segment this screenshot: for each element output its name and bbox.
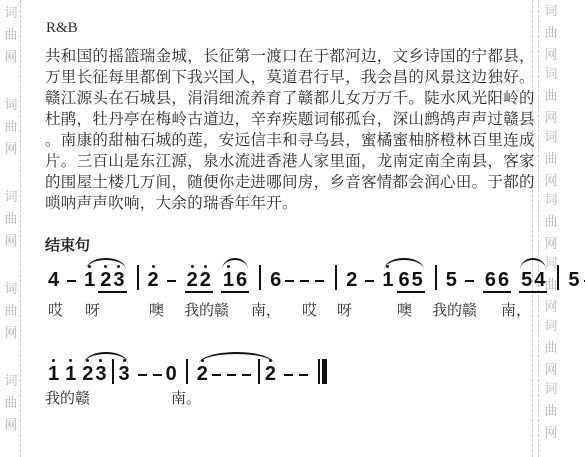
octave-dot: [104, 265, 107, 268]
note-group: [182, 359, 192, 384]
lyric-segment: 哎: [48, 299, 63, 320]
lyric-segment: 南。: [171, 387, 201, 408]
watermark-text: 词曲网: [3, 190, 19, 256]
duration-dash: [365, 280, 374, 282]
watermark-char: 词: [543, 193, 559, 206]
note: 2: [199, 262, 212, 290]
watermark-char: 曲: [543, 26, 559, 39]
lyric-segment: 哎: [302, 299, 317, 320]
note: 6: [269, 262, 282, 290]
note: 2: [196, 356, 209, 384]
watermark-char: 网: [543, 426, 559, 439]
note-group: 5: [567, 262, 585, 290]
lyric-segment: 呀: [85, 299, 100, 320]
watermark-char: 词: [543, 67, 559, 80]
octave-dot: [117, 265, 120, 268]
watermark-char: 词: [3, 98, 19, 111]
watermark-char: 曲: [3, 28, 19, 41]
note-group: 66: [481, 262, 513, 290]
note: 6: [398, 262, 411, 290]
bar-line: [335, 265, 337, 290]
watermark-text: 词曲网: [543, 130, 559, 196]
duration-dash: [465, 280, 474, 282]
note-group: 54: [517, 262, 549, 290]
note-group: [462, 280, 477, 290]
bar-line: [186, 359, 188, 384]
watermark-char: 词: [3, 282, 19, 295]
note-group: [133, 265, 143, 290]
octave-dot: [52, 359, 55, 362]
paragraph-line: 片。三百山是东江源，泉水流进香港人家里面，龙南定南全南县，客家: [45, 151, 532, 172]
duration-dash: [242, 374, 251, 376]
watermark-char: 网: [543, 363, 559, 376]
octave-dot: [386, 265, 389, 268]
watermark-char: 词: [543, 382, 559, 395]
note: 1: [83, 262, 96, 290]
watermark-char: 网: [3, 142, 19, 155]
note: 5: [411, 262, 424, 290]
octave-dot: [99, 359, 102, 362]
lyric-segment: 呀: [337, 299, 352, 320]
note: 1: [64, 356, 77, 384]
rest-note: 0: [165, 356, 178, 384]
watermark-text: 词曲网: [3, 282, 19, 348]
notation-line-1: 41232221662165566545: [45, 254, 585, 290]
duration-dash: [315, 280, 324, 282]
watermark-char: 曲: [543, 215, 559, 228]
note: 3: [118, 356, 131, 384]
lyric-segment: 我的赣: [432, 299, 477, 320]
duration-dash: [138, 374, 147, 376]
note-group: 2: [345, 262, 358, 290]
note-group: [64, 280, 79, 290]
octave-dot: [152, 265, 155, 268]
note: 2: [147, 262, 160, 290]
watermark-char: 词: [543, 130, 559, 143]
octave-dot: [201, 359, 204, 362]
note-group: 123: [83, 262, 128, 290]
note-group: 1: [64, 356, 77, 384]
notation-lyrics-2: 我的赣 南。: [45, 387, 545, 407]
note: 2: [99, 262, 112, 290]
octave-dot: [191, 265, 194, 268]
note: 3: [94, 356, 107, 384]
octave-dot: [204, 265, 207, 268]
duration-dash: [212, 374, 221, 376]
watermark-char: 曲: [3, 120, 19, 133]
duration-dash: [300, 280, 309, 282]
watermark-text: 词曲网: [3, 6, 19, 72]
watermark-char: 网: [543, 48, 559, 61]
note-group: 5: [445, 262, 458, 290]
note-group: 165: [381, 262, 426, 290]
octave-dot: [269, 359, 272, 362]
beam-group: 16: [221, 262, 249, 293]
note-group: [255, 265, 265, 290]
lyric-segment: 我的赣: [45, 387, 90, 408]
watermark-char: 网: [3, 418, 19, 431]
note-group: 0: [135, 356, 178, 384]
watermark-char: 网: [3, 234, 19, 247]
beam-group: 66: [483, 262, 511, 293]
duration-dash: [167, 280, 176, 282]
lyric-segment: 噢: [149, 299, 164, 320]
paragraph-line: 唢呐声声吹响，大余的瑞香年年开。: [45, 193, 532, 214]
lyrics-paragraph: 共和国的摇篮瑞金城，长征第一渡口在于都河边，文乡诗国的宁都县， 万里长征每里都倒…: [45, 46, 532, 214]
note-group: 233: [81, 356, 130, 384]
note: 6: [235, 262, 248, 290]
note-group: 1: [47, 356, 60, 384]
note: 2: [345, 262, 358, 290]
watermark-char: 曲: [3, 396, 19, 409]
octave-dot: [88, 265, 91, 268]
final-bar-line: [318, 359, 327, 384]
watermark-char: 网: [3, 50, 19, 63]
beam-group: 22: [185, 262, 213, 293]
note-group: 22: [196, 356, 277, 384]
note: 6: [497, 262, 510, 290]
style-label: R&B: [46, 20, 78, 37]
note: 4: [533, 262, 546, 290]
octave-dot: [123, 359, 126, 362]
duration-dash: [153, 374, 162, 376]
watermark-char: 曲: [3, 304, 19, 317]
paragraph-line: 赣江源头在石城县，涓涓细流养育了赣都儿女万万千。陡水风光阳岭的: [45, 88, 532, 109]
watermark-char: 曲: [543, 152, 559, 165]
note-group: 16: [219, 262, 251, 290]
duration-dash: [67, 280, 76, 282]
watermark-char: 曲: [543, 341, 559, 354]
watermark-char: 曲: [3, 212, 19, 225]
bar-line: [557, 265, 559, 290]
paragraph-line: 万里长征每里都倒下我兴国人，莫道君行早，我会昌的风景这边独好。: [45, 67, 532, 88]
watermark-char: 曲: [543, 404, 559, 417]
bar-line: [259, 265, 261, 290]
paragraph-line: 。南康的甜柚石城的莲，安远信丰和寻乌县，蜜橘蜜柚脐橙林百里连成: [45, 130, 532, 151]
paragraph-line: 共和国的摇篮瑞金城，长征第一渡口在于都河边，文乡诗国的宁都县，: [45, 46, 532, 67]
bar-line: [435, 265, 437, 290]
octave-dot: [69, 359, 72, 362]
paragraph-line: 的围屋土楼几万间，随便你走进哪间房，乡音客情都会润心田。于都的: [45, 172, 532, 193]
lyric-segment: 我的赣: [184, 299, 229, 320]
note-group: [362, 280, 377, 290]
watermark-char: 网: [3, 326, 19, 339]
watermark-char: 词: [543, 319, 559, 332]
note: 1: [222, 262, 235, 290]
beam-group: 23: [98, 262, 126, 293]
note: 1: [381, 262, 394, 290]
watermark-text: 词曲网: [543, 193, 559, 259]
note: 6: [484, 262, 497, 290]
note: 2: [81, 356, 94, 384]
watermark-text: 词曲网: [543, 382, 559, 448]
notation-lyrics-1: 哎 呀 噢 我的赣 南， 哎 呀 噢 我的赣 南，: [45, 299, 545, 319]
note-group: 6: [269, 262, 327, 290]
bar-line: [137, 265, 139, 290]
watermark-char: 词: [543, 4, 559, 17]
octave-dot: [86, 359, 89, 362]
watermark-char: 词: [3, 374, 19, 387]
note: 5: [520, 262, 533, 290]
lyric-segment: 南，: [501, 299, 531, 320]
note-group: [331, 265, 341, 290]
watermark-text: 词曲网: [543, 67, 559, 133]
watermark-char: 词: [3, 190, 19, 203]
ending-section-label: 结束句: [45, 234, 90, 255]
duration-dash: [285, 280, 294, 282]
watermark-text: 词曲网: [3, 374, 19, 440]
paragraph-line: 杜鹃，牡丹亭在梅岭古道边，辛弃疾题词郁孤台，深山鹧鸪声声过赣县: [45, 109, 532, 130]
beam-group: 65: [397, 262, 425, 293]
watermark-text: 词曲网: [3, 98, 19, 164]
slur-arc: [199, 352, 274, 364]
lyric-segment: 南，: [251, 299, 281, 320]
note-group: 4: [47, 262, 60, 290]
watermark-char: 网: [543, 237, 559, 250]
note: 1: [47, 356, 60, 384]
note: 5: [567, 262, 580, 290]
watermark-char: 词: [3, 6, 19, 19]
note: 2: [186, 262, 199, 290]
lyric-segment: 噢: [397, 299, 412, 320]
watermark-text: 词曲网: [543, 319, 559, 385]
notation-line-2: 11233022: [45, 348, 332, 384]
duration-dash: [299, 374, 308, 376]
duration-dash: [284, 374, 293, 376]
note-group: [315, 359, 330, 384]
note-group: 2: [147, 262, 160, 290]
octave-dot: [227, 265, 230, 268]
note-group: [281, 374, 311, 384]
duration-dash: [227, 374, 236, 376]
watermark-char: 曲: [543, 89, 559, 102]
beam-group: 54: [519, 262, 547, 293]
song-sheet-page: 词曲网词曲网词曲网词曲网词曲网 词曲网词曲网词曲网词曲网词曲网词曲网词曲网 R&…: [0, 0, 585, 457]
watermark-text: 词曲网: [543, 4, 559, 70]
note-group: [164, 280, 179, 290]
note: 5: [445, 262, 458, 290]
note-group: [553, 265, 563, 290]
watermark-char: 网: [543, 174, 559, 187]
note: 2: [264, 356, 277, 384]
dashed-divider-left: [20, 0, 21, 457]
watermark-char: 网: [543, 111, 559, 124]
note-group: 22: [183, 262, 215, 290]
watermark-char: 网: [543, 300, 559, 313]
note: 3: [112, 262, 125, 290]
note-group: [431, 265, 441, 290]
note: 4: [47, 262, 60, 290]
